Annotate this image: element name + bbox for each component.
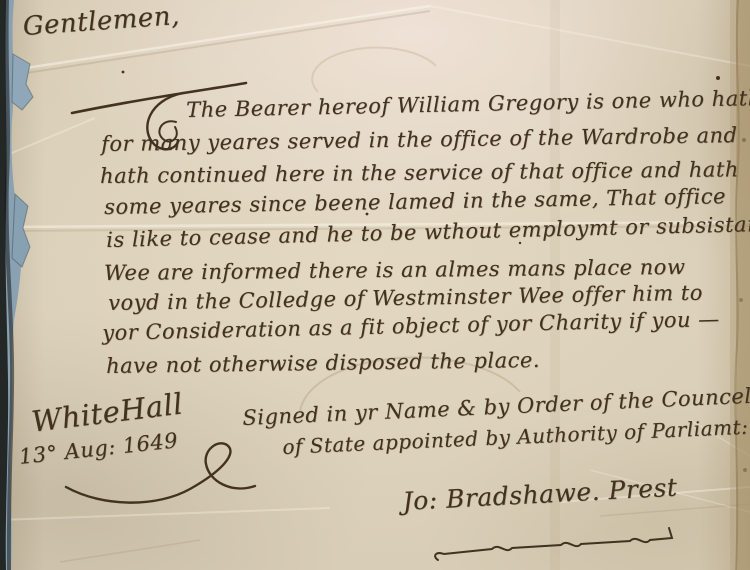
ink-speck	[519, 242, 521, 244]
crease-line	[0, 118, 95, 158]
manuscript-scan: Gentlemen, The Bearer hereof William Gre…	[0, 0, 750, 570]
watermark-arc	[312, 48, 436, 92]
crease-shadow	[60, 540, 200, 562]
crease-line	[0, 508, 330, 520]
edge-speck	[739, 298, 743, 302]
edge-speck	[743, 468, 747, 472]
torn-blue-fragment	[12, 54, 33, 110]
ink-speck	[122, 71, 125, 74]
left-edge	[0, 0, 33, 570]
crease-line	[430, 6, 750, 66]
edge-speck	[742, 138, 746, 142]
ink-speck	[716, 76, 720, 80]
